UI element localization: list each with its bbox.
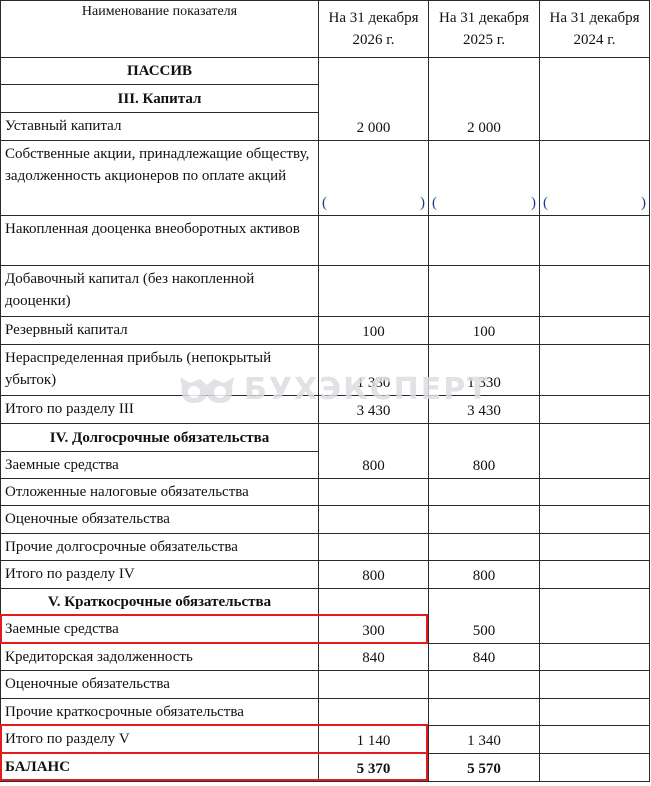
cell-2026 [319,534,429,561]
cell-2024 [540,396,650,424]
row-label: Итого по разделу III [1,396,319,424]
row-label: Добавочный капитал (без накопленной дооц… [1,266,319,317]
subtotal-row-iv: Итого по разделу IV 800 800 [1,561,650,589]
balance-sheet-table: Наименование показателя На 31 декабря202… [0,0,650,782]
table-row: Прочие краткосрочные обязательства [1,699,650,726]
table-row: Накопленная дооценка внеоборотных активо… [1,216,650,266]
cell-2024 [540,317,650,345]
cell-2026: 300 [319,616,429,644]
table-row: Прочие долгосрочные обязательства [1,534,650,561]
subtotal-row-v: Итого по разделу V 1 140 1 340 [1,726,650,754]
row-label: Собственные акции, принадлежащие обществ… [1,141,319,216]
row-label: Заемные средства [1,616,319,644]
cell-2026 [319,479,429,506]
cell-2026: 2 000 [319,58,429,141]
cell-2024 [540,589,650,644]
table-row: Добавочный капитал (без накопленной дооц… [1,266,650,317]
cell-2024 [540,699,650,726]
cell-2026: 3 430 [319,396,429,424]
cell-2024 [540,266,650,317]
subtotal-row-iii: Итого по разделу III 3 430 3 430 [1,396,650,424]
cell-2025 [429,534,540,561]
paren-open: ( [543,192,548,214]
paren-close: ) [420,192,425,214]
cell-2025 [429,266,540,317]
row-label: Накопленная дооценка внеоборотных активо… [1,216,319,266]
cell-2025: 840 [429,644,540,671]
row-label: Оценочные обязательства [1,506,319,534]
paren-open: ( [322,192,327,214]
cell-2024 [540,534,650,561]
cell-2026 [319,589,429,616]
cell-2024: () [540,141,650,216]
cell-2025 [429,671,540,699]
cell-2025: 800 [429,424,540,479]
header-col-2024-line1: На 31 декабря [540,7,649,29]
cell-2025: 1 330 [429,345,540,396]
cell-2024 [540,561,650,589]
cell-2025: 500 [429,589,540,644]
cell-2024 [540,424,650,479]
cell-2025: 1 340 [429,726,540,754]
section-header-row: IV. Долгосрочные обязательства 800 800 [1,424,650,452]
cell-2025: 3 430 [429,396,540,424]
cell-2026 [319,216,429,266]
section-title-iv: IV. Долгосрочные обязательства [1,424,319,452]
cell-2024 [540,479,650,506]
cell-2026: 1 330 [319,345,429,396]
parenthesized-empty-value: () [321,192,426,214]
cell-2025 [429,479,540,506]
cell-2026: 840 [319,644,429,671]
parenthesized-empty-value: () [542,192,647,214]
balance-2025: 5 570 [429,754,540,782]
table-row: Оценочные обязательства [1,506,650,534]
cell-2025 [429,216,540,266]
header-col-2026: На 31 декабря2026 г. [319,1,429,58]
section-title-v: V. Краткосрочные обязательства [1,589,319,616]
header-col-2026-line1: На 31 декабря [319,7,428,29]
cell-2024 [540,671,650,699]
section-header-row: V. Краткосрочные обязательства 500 [1,589,650,616]
paren-close: ) [531,192,536,214]
balance-row: БАЛАНС 5 370 5 570 [1,754,650,782]
cell-2024 [540,644,650,671]
row-label: Отложенные налоговые обязательства [1,479,319,506]
cell-2026: 800 [319,424,429,479]
passive-title: ПАССИВ [1,58,319,85]
cell-2025: 800 [429,561,540,589]
cell-2026: () [319,141,429,216]
row-label: Оценочные обязательства [1,671,319,699]
table-row: Собственные акции, принадлежащие обществ… [1,141,650,216]
cell-2025 [429,506,540,534]
row-label: Прочие краткосрочные обязательства [1,699,319,726]
row-label: Заемные средства [1,452,319,479]
cell-2024 [540,345,650,396]
cell-2025: 100 [429,317,540,345]
cell-2026: 100 [319,317,429,345]
header-col-2024: На 31 декабря2024 г. [540,1,650,58]
cell-2025: () [429,141,540,216]
cell-2024 [540,506,650,534]
cell-2026 [319,506,429,534]
cell-2026 [319,266,429,317]
table-row: Нераспределенная прибыль (непокрытый убы… [1,345,650,396]
cell-2026: 800 [319,561,429,589]
header-col-2025: На 31 декабря2025 г. [429,1,540,58]
paren-close: ) [641,192,646,214]
row-label: Прочие долгосрочные обязательства [1,534,319,561]
cell-2024 [540,216,650,266]
row-label: Уставный капитал [1,113,319,141]
cell-2024 [540,58,650,141]
header-row: Наименование показателя На 31 декабря202… [1,1,650,58]
balance-2026: 5 370 [319,754,429,782]
parenthesized-empty-value: () [431,192,537,214]
row-label: Резервный капитал [1,317,319,345]
table-row: Резервный капитал 100 100 [1,317,650,345]
table-row: ПАССИВ 2 000 2 000 [1,58,650,85]
table-row: Отложенные налоговые обязательства [1,479,650,506]
balance-2024 [540,754,650,782]
cell-2026 [319,699,429,726]
cell-2025: 2 000 [429,58,540,141]
row-label: Кредиторская задолженность [1,644,319,671]
section-title-iii: III. Капитал [1,85,319,113]
cell-2026: 1 140 [319,726,429,754]
cell-2026 [319,671,429,699]
paren-open: ( [432,192,437,214]
row-label: Итого по разделу V [1,726,319,754]
table-row: Оценочные обязательства [1,671,650,699]
header-indicator: Наименование показателя [1,1,319,58]
header-col-2026-line2: 2026 г. [319,29,428,51]
header-col-2025-line2: 2025 г. [429,29,539,51]
header-col-2025-line1: На 31 декабря [429,7,539,29]
table-row: Кредиторская задолженность 840 840 [1,644,650,671]
cell-2025 [429,699,540,726]
header-col-2024-line2: 2024 г. [540,29,649,51]
balance-label: БАЛАНС [1,754,319,782]
row-label: Нераспределенная прибыль (непокрытый убы… [1,345,319,396]
row-label: Итого по разделу IV [1,561,319,589]
cell-2024 [540,726,650,754]
